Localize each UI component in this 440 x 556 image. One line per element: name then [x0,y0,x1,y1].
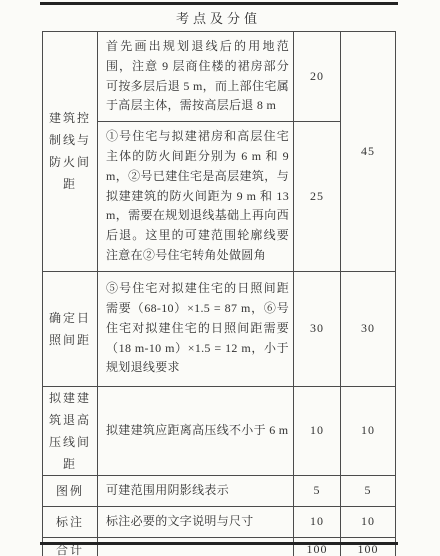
table-row: 合计 100 100 [43,537,396,556]
total-cell: 100 [341,537,396,556]
table-row: 标注 标注必要的文字说明与尺寸 10 10 [43,506,396,537]
score-cell: 5 [294,475,341,506]
criteria-text [98,545,293,555]
score-cell: 20 [294,32,341,122]
category-cell: 图例 [43,475,98,506]
criteria-cell: 拟建建筑应距离高压线不小于 6 m [98,386,294,475]
category-cell: 合计 [43,537,98,556]
criteria-text: 首先画出规划退线后的用地范围，注意 9 层商住楼的裙房部分可按多层后退 5 m，… [98,32,293,121]
criteria-text: 标注必要的文字说明与尺寸 [98,507,293,537]
category-label: 拟建建筑退高压线间距 [47,387,93,475]
criteria-cell: 首先画出规划退线后的用地范围，注意 9 层商住楼的裙房部分可按多层后退 5 m，… [98,32,294,122]
criteria-cell [98,537,294,556]
table-row: 建筑控制线与防火间距 首先画出规划退线后的用地范围，注意 9 层商住楼的裙房部分… [43,32,396,122]
criteria-cell: ①号住宅与拟建裙房和高层住宅主体的防火间距分别为 6 m 和 9 m，②号已建住… [98,122,294,272]
criteria-text: ⑤号住宅对拟建住宅的日照间距需要（68-10）×1.5 = 87 m，⑥号住宅对… [98,274,293,383]
bottom-rule [40,542,398,545]
category-label: 图例 [47,480,93,502]
top-rule [40,2,398,5]
table-row: 确定日照间距 ⑤号住宅对拟建住宅的日照间距需要（68-10）×1.5 = 87 … [43,271,396,386]
score-cell: 100 [294,537,341,556]
category-cell: 确定日照间距 [43,271,98,386]
category-label: 建筑控制线与防火间距 [47,107,93,195]
criteria-cell: 可建范围用阴影线表示 [98,475,294,506]
score-cell: 10 [294,386,341,475]
page-title: 考点及分值 [42,8,395,27]
table-row: 图例 可建范围用阴影线表示 5 5 [43,475,396,506]
criteria-cell: 标注必要的文字说明与尺寸 [98,506,294,537]
criteria-text: ①号住宅与拟建裙房和高层住宅主体的防火间距分别为 6 m 和 9 m，②号已建住… [98,122,293,271]
score-table: 建筑控制线与防火间距 首先画出规划退线后的用地范围，注意 9 层商住楼的裙房部分… [42,31,396,556]
scanned-document-page: 考点及分值 建筑控制线与防火间距 首先画出规划退线后的用地范围，注意 9 层商住… [0,0,440,556]
criteria-text: 可建范围用阴影线表示 [98,476,293,506]
total-cell: 5 [341,475,396,506]
table-row: 拟建建筑退高压线间距 拟建建筑应距离高压线不小于 6 m 10 10 [43,386,396,475]
score-cell: 10 [294,506,341,537]
score-cell: 25 [294,122,341,272]
total-cell: 10 [341,506,396,537]
total-cell: 10 [341,386,396,475]
criteria-cell: ⑤号住宅对拟建住宅的日照间距需要（68-10）×1.5 = 87 m，⑥号住宅对… [98,271,294,386]
score-cell: 30 [294,271,341,386]
total-cell: 30 [341,271,396,386]
criteria-text: 拟建建筑应距离高压线不小于 6 m [98,416,293,446]
category-label: 标注 [47,511,93,533]
category-cell: 标注 [43,506,98,537]
category-label: 确定日照间距 [47,307,93,351]
category-cell: 拟建建筑退高压线间距 [43,386,98,475]
total-cell: 45 [341,32,396,272]
category-cell: 建筑控制线与防火间距 [43,32,98,272]
